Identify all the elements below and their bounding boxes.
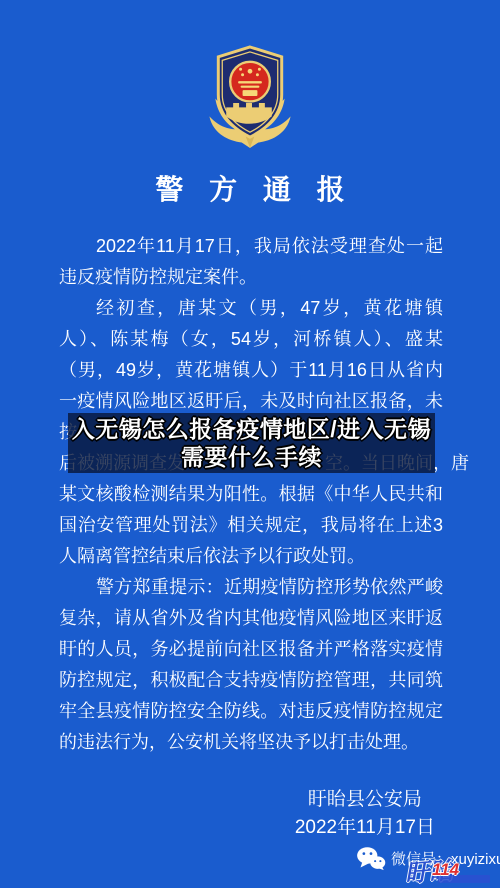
signature-date: 2022年11月17日 xyxy=(295,814,435,842)
headline-overlay-line1: 入无锡怎么报备疫情地区/进入无锡 xyxy=(72,415,431,443)
body-line: 某文核酸检测结果为阳性。根据《中华人民共和 xyxy=(59,479,443,510)
body-line: 警方郑重提示：近期疫情防控形势依然严峻 xyxy=(59,572,443,603)
police-badge-icon xyxy=(203,45,297,150)
body-line: 2022年11月17日，我局依法受理查处一起 xyxy=(59,231,443,262)
body-line: 牢全县疫情防控安全防线。对违反疫情防控规定 xyxy=(59,696,443,727)
body-line: 违反疫情防控规定案件。 xyxy=(59,262,443,293)
body-line: 复杂，请从省外及省内其他疫情风险地区来盱返 xyxy=(59,603,443,634)
wechat-icon xyxy=(356,845,386,872)
body-line: 的违法行为，公安机关将坚决予以打击处理。 xyxy=(59,727,443,758)
headline-overlay-band: 入无锡怎么报备疫情地区/进入无锡 需要什么手续 xyxy=(68,413,435,473)
body-line: 人隔离管控结束后依法予以行政处罚。 xyxy=(59,541,443,572)
police-notice-image: 警 方 通 报 2022年11月17日，我局依法受理查处一起 违反疫情防控规定案… xyxy=(0,0,500,888)
body-line: 盱的人员，务必提前向社区报备并严格落实疫情 xyxy=(59,634,443,665)
signature-block: 盱眙县公安局 2022年11月17日 xyxy=(295,786,435,842)
body-line: 防控规定，积极配合支持疫情防控管理，共同筑 xyxy=(59,665,443,696)
notice-body: 2022年11月17日，我局依法受理查处一起 违反疫情防控规定案件。 经初查，唐… xyxy=(59,231,443,758)
brand-logo-red-text: 114 xyxy=(432,860,459,880)
signature-agency: 盱眙县公安局 xyxy=(295,786,435,814)
headline-overlay-line2: 需要什么手续 xyxy=(181,443,322,471)
police-badge-emblem xyxy=(203,45,297,150)
body-line: （男，49岁，黄花塘镇人）于11月16日从省内 xyxy=(59,355,443,386)
body-line: 经初查，唐某文（男，47岁，黄花塘镇 xyxy=(59,293,443,324)
body-line: 人）、陈某梅（女，54岁，河桥镇人）、盛某 xyxy=(59,324,443,355)
notice-title: 警 方 通 报 xyxy=(0,168,500,208)
body-line: 国治安管理处罚法》相关规定，我局将在上述3 xyxy=(59,510,443,541)
